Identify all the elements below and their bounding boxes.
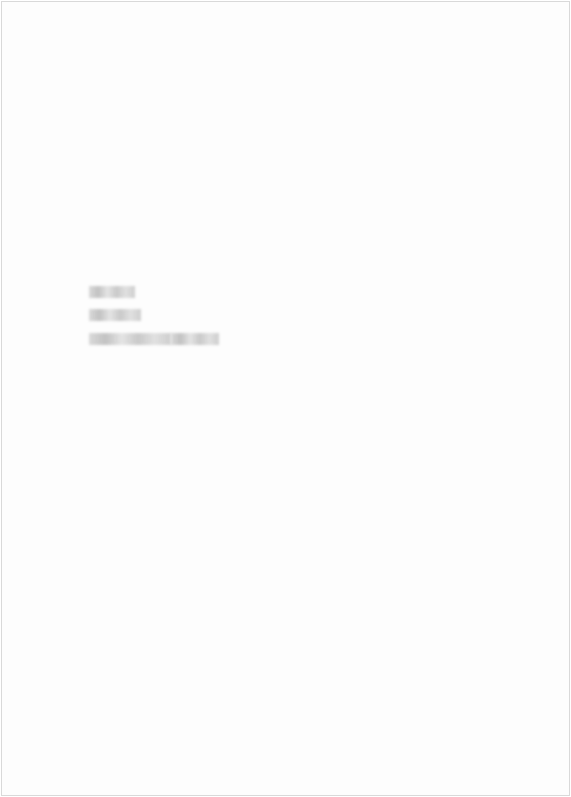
contract-page bbox=[0, 0, 571, 797]
generator-model bbox=[89, 309, 141, 324]
redacted-engine-model bbox=[89, 286, 135, 298]
redacted-total-price-number bbox=[171, 333, 219, 345]
engine-model bbox=[89, 286, 135, 301]
section-1-item-3 bbox=[89, 333, 219, 349]
redacted-generator-model bbox=[89, 309, 141, 321]
section-1-item-2-power bbox=[89, 309, 141, 325]
redacted-total-price-words bbox=[89, 333, 171, 345]
section-1-item-2 bbox=[89, 286, 135, 302]
